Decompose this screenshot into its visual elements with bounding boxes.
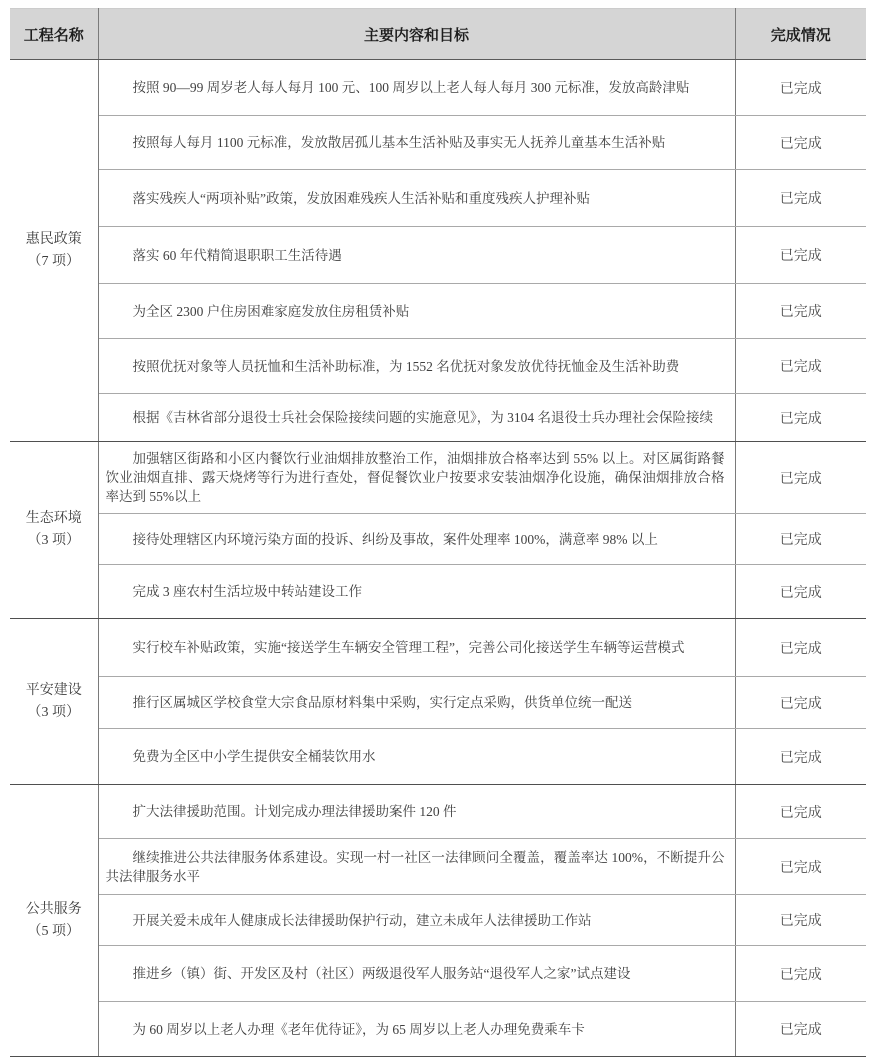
- table-row: 公共服务 （5 项） 扩大法律援助范围。计划完成办理法律援助案件 120 件 已…: [10, 785, 866, 839]
- report-page: 工程名称 主要内容和目标 完成情况 惠民政策 （7 项） 按照 90—99 周岁…: [10, 8, 866, 1057]
- table-row: 平安建设 （3 项） 实行校车补贴政策，实施“接送学生车辆安全管理工程”，完善公…: [10, 619, 866, 677]
- status-badge: 已完成: [735, 565, 866, 619]
- table-row: 接待处理辖区内环境污染方面的投诉、纠纷及事故，案件处理率 100%，满意率 98…: [10, 514, 866, 565]
- col-header-main-content: 主要内容和目标: [98, 9, 735, 60]
- category-name: 惠民政策: [12, 229, 96, 251]
- table-row: 惠民政策 （7 项） 按照 90—99 周岁老人每人每月 100 元、100 周…: [10, 60, 866, 116]
- category-name: 公共服务: [12, 899, 96, 921]
- status-badge: 已完成: [735, 946, 866, 1002]
- table-row: 继续推进公共法律服务体系建设。实现一村一社区一法律顾问全覆盖，覆盖率达 100%…: [10, 839, 866, 895]
- table-row: 根据《吉林省部分退役士兵社会保险接续问题的实施意见》，为 3104 名退役士兵办…: [10, 394, 866, 442]
- task-content: 加强辖区街路和小区内餐饮行业油烟排放整治工作，油烟排放合格率达到 55% 以上。…: [98, 442, 735, 514]
- status-badge: 已完成: [735, 785, 866, 839]
- table-row: 推行区属城区学校食堂大宗食品原材料集中采购，实行定点采购，供货单位统一配送 已完…: [10, 677, 866, 729]
- status-badge: 已完成: [735, 895, 866, 946]
- task-content: 按照 90—99 周岁老人每人每月 100 元、100 周岁以上老人每人每月 3…: [98, 60, 735, 116]
- status-badge: 已完成: [735, 394, 866, 442]
- task-content: 落实残疾人“两项补贴”政策，发放困难残疾人生活补贴和重度残疾人护理补贴: [98, 170, 735, 227]
- category-cell-shengtai: 生态环境 （3 项）: [10, 442, 98, 619]
- table-row: 落实 60 年代精简退职职工生活待遇 已完成: [10, 227, 866, 284]
- table-row: 按照每人每月 1100 元标准，发放散居孤儿基本生活补贴及事实无人抚养儿童基本生…: [10, 116, 866, 170]
- status-badge: 已完成: [735, 60, 866, 116]
- category-cell-gonggong: 公共服务 （5 项）: [10, 785, 98, 1057]
- task-content: 推行区属城区学校食堂大宗食品原材料集中采购，实行定点采购，供货单位统一配送: [98, 677, 735, 729]
- table-row: 按照优抚对象等人员抚恤和生活补助标准，为 1552 名优抚对象发放优待抚恤金及生…: [10, 339, 866, 394]
- task-content: 按照优抚对象等人员抚恤和生活补助标准，为 1552 名优抚对象发放优待抚恤金及生…: [98, 339, 735, 394]
- category-count: （3 项）: [12, 530, 96, 552]
- status-badge: 已完成: [735, 170, 866, 227]
- category-cell-pingan: 平安建设 （3 项）: [10, 619, 98, 785]
- category-cell-huimin: 惠民政策 （7 项）: [10, 60, 98, 442]
- task-content: 为 60 周岁以上老人办理《老年优待证》，为 65 周岁以上老人办理免费乘车卡: [98, 1002, 735, 1057]
- category-name: 生态环境: [12, 508, 96, 530]
- task-content: 实行校车补贴政策，实施“接送学生车辆安全管理工程”，完善公司化接送学生车辆等运营…: [98, 619, 735, 677]
- table-header-row: 工程名称 主要内容和目标 完成情况: [10, 9, 866, 60]
- status-badge: 已完成: [735, 729, 866, 785]
- task-content: 根据《吉林省部分退役士兵社会保险接续问题的实施意见》，为 3104 名退役士兵办…: [98, 394, 735, 442]
- table-row: 生态环境 （3 项） 加强辖区街路和小区内餐饮行业油烟排放整治工作，油烟排放合格…: [10, 442, 866, 514]
- table-row: 完成 3 座农村生活垃圾中转站建设工作 已完成: [10, 565, 866, 619]
- status-badge: 已完成: [735, 514, 866, 565]
- col-header-completion-status: 完成情况: [735, 9, 866, 60]
- category-name: 平安建设: [12, 680, 96, 702]
- task-content: 推进乡（镇）街、开发区及村（社区）两级退役军人服务站“退役军人之家”试点建设: [98, 946, 735, 1002]
- table-row: 落实残疾人“两项补贴”政策，发放困难残疾人生活补贴和重度残疾人护理补贴 已完成: [10, 170, 866, 227]
- col-header-project-name: 工程名称: [10, 9, 98, 60]
- status-badge: 已完成: [735, 619, 866, 677]
- table-row: 为全区 2300 户住房困难家庭发放住房租赁补贴 已完成: [10, 284, 866, 339]
- status-badge: 已完成: [735, 1002, 866, 1057]
- table-row: 为 60 周岁以上老人办理《老年优待证》，为 65 周岁以上老人办理免费乘车卡 …: [10, 1002, 866, 1057]
- task-content: 按照每人每月 1100 元标准，发放散居孤儿基本生活补贴及事实无人抚养儿童基本生…: [98, 116, 735, 170]
- table-row: 开展关爱未成年人健康成长法律援助保护行动，建立未成年人法律援助工作站 已完成: [10, 895, 866, 946]
- task-content: 为全区 2300 户住房困难家庭发放住房租赁补贴: [98, 284, 735, 339]
- task-content: 完成 3 座农村生活垃圾中转站建设工作: [98, 565, 735, 619]
- task-content: 接待处理辖区内环境污染方面的投诉、纠纷及事故，案件处理率 100%，满意率 98…: [98, 514, 735, 565]
- status-badge: 已完成: [735, 442, 866, 514]
- task-content: 开展关爱未成年人健康成长法律援助保护行动，建立未成年人法律援助工作站: [98, 895, 735, 946]
- status-badge: 已完成: [735, 227, 866, 284]
- category-count: （3 项）: [12, 702, 96, 724]
- status-badge: 已完成: [735, 839, 866, 895]
- category-count: （5 项）: [12, 921, 96, 943]
- status-badge: 已完成: [735, 339, 866, 394]
- status-badge: 已完成: [735, 116, 866, 170]
- task-content: 继续推进公共法律服务体系建设。实现一村一社区一法律顾问全覆盖，覆盖率达 100%…: [98, 839, 735, 895]
- table-row: 免费为全区中小学生提供安全桶装饮用水 已完成: [10, 729, 866, 785]
- status-badge: 已完成: [735, 284, 866, 339]
- task-content: 落实 60 年代精简退职职工生活待遇: [98, 227, 735, 284]
- status-badge: 已完成: [735, 677, 866, 729]
- table-row: 推进乡（镇）街、开发区及村（社区）两级退役军人服务站“退役军人之家”试点建设 已…: [10, 946, 866, 1002]
- tasks-table: 工程名称 主要内容和目标 完成情况 惠民政策 （7 项） 按照 90—99 周岁…: [10, 8, 866, 1057]
- category-count: （7 项）: [12, 251, 96, 273]
- task-content: 免费为全区中小学生提供安全桶装饮用水: [98, 729, 735, 785]
- task-content: 扩大法律援助范围。计划完成办理法律援助案件 120 件: [98, 785, 735, 839]
